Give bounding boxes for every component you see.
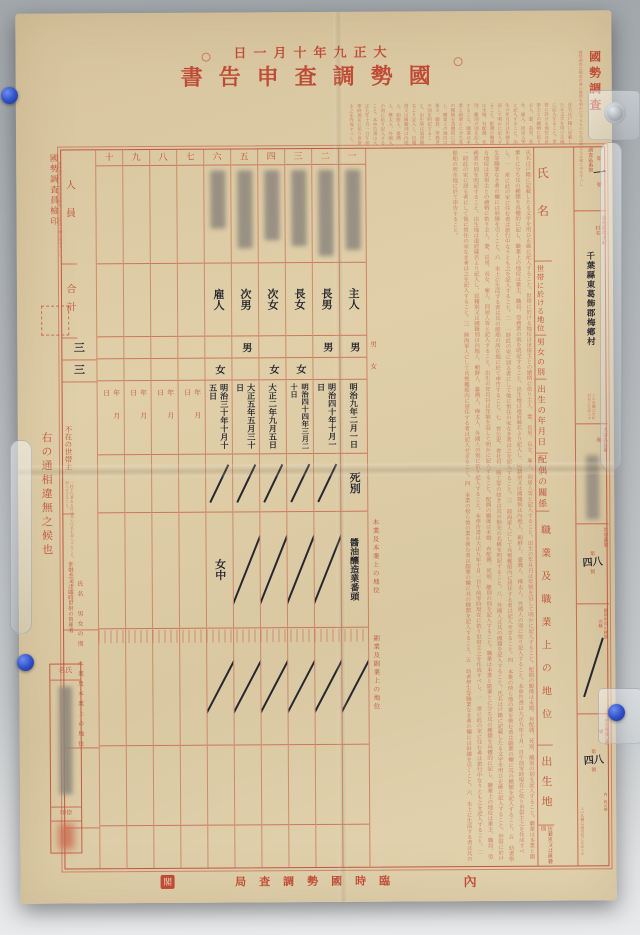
main-job-cell: [152, 513, 179, 629]
column-number: 六: [204, 150, 230, 166]
spouse-cell: [260, 454, 286, 512]
slash-mark: [260, 531, 287, 608]
redaction-blur: [210, 171, 225, 229]
sex-male-cell: [151, 337, 177, 359]
redaction-blur: [291, 170, 306, 246]
position-cell: [97, 264, 123, 338]
row-header-sex: 男女の別: [535, 336, 546, 380]
column-number: 四: [258, 149, 284, 165]
row-header-position: 世帯に於ける地位: [535, 262, 546, 336]
member-column-6: 六 雇人 女 明治三十年十月十五日 女中: [203, 150, 234, 868]
redaction-blur: [59, 686, 73, 794]
registry-cell: [235, 825, 261, 867]
seal-label: 捺印: [51, 807, 81, 821]
sex-female-cell: [151, 359, 177, 381]
slash-mark: [233, 531, 260, 608]
name-cell-redacted: [204, 165, 231, 263]
footer-seal-mark: 閣: [161, 875, 175, 889]
spouse-cell: [98, 455, 124, 513]
member-column-7: 七 年月日: [176, 150, 207, 868]
registry-cell: [154, 826, 180, 868]
side-job-cell: [207, 628, 234, 746]
acrylic-strip-left: [10, 440, 32, 634]
serial-sub-label: 内 枚の號: [604, 792, 609, 832]
main-job-cell: [287, 512, 314, 628]
householder-name-redacted: [50, 680, 81, 807]
inspector-seal-note: 國勢調査員は申告書を審査したる後此の欄に捺印すべし: [50, 162, 63, 292]
instruction-zone: 氏名は戸籍に記載したる文字を用ひ正確に記入すること。世帯に於ける地位は世帯主との…: [365, 148, 537, 867]
date-placeholder: 年月日: [128, 381, 148, 454]
position-cell: 長女: [286, 263, 312, 337]
temporary-household-label: 臨時世帯の種類名稱: [577, 606, 609, 640]
registry-cell: [181, 826, 207, 868]
column-number: 七: [177, 150, 203, 166]
member-column-3: 三 長女 女 明治四十四年三月二十日: [284, 149, 315, 867]
side-job-cell: [261, 628, 288, 746]
member-column-5: 五 次男 男 大正五年五月三十日: [230, 149, 261, 867]
totals-label-top: 人員: [61, 150, 77, 264]
birthplace-cell: [154, 746, 180, 826]
footer-ministry: 內: [463, 871, 476, 890]
photo-background: 大正九年十月一日 國勢調査申告書 國勢調査 國勢調査は國家社會の實情を明かにする…: [0, 0, 640, 935]
acrylic-strip-right: [600, 142, 622, 470]
slash-mark: [261, 644, 288, 728]
name-cell-redacted: [285, 165, 312, 263]
row-header-occupation: 職業及職業上の地位: [536, 512, 552, 746]
position-cell: 雇人: [205, 263, 231, 337]
blue-magnet-left: [17, 654, 34, 671]
sex-male-cell: [259, 337, 285, 359]
sub-label-main-job: 本業及本業上の地位: [370, 519, 380, 627]
blue-magnet-top-left: [1, 87, 18, 104]
sex-female-cell: 女: [286, 358, 312, 380]
date-placeholder: 年月日: [155, 381, 175, 454]
name-cell-empty: [177, 166, 204, 264]
sex-male-cell: [124, 337, 150, 359]
inspector-stamp-box: [41, 306, 69, 336]
side-job-cell: [234, 628, 261, 746]
sex-male-cell: [205, 337, 231, 359]
position-cell: [151, 264, 177, 338]
spouse-cell: [206, 455, 232, 513]
side-job-cell: [288, 628, 315, 746]
blue-magnet-right: [608, 704, 625, 721]
spouse-cell: [179, 455, 205, 513]
slash-mark: [234, 644, 261, 728]
slash-mark: [288, 644, 315, 728]
member-column-10: 十 年月日: [95, 150, 126, 868]
serial-number-handwritten: 四八: [583, 755, 604, 767]
redaction-blur: [264, 170, 279, 240]
ring-mark: [454, 57, 463, 66]
suffix-go: 號: [590, 568, 595, 575]
spouse-cell: [287, 454, 313, 512]
member-column-4: 四 次女 女 大正二年九月五日: [257, 149, 288, 867]
sub-label-side-job: 副業及副業上の地位: [371, 635, 381, 745]
main-job-cell: [260, 512, 287, 628]
sex-male-cell: [178, 337, 204, 359]
position-cell: 次女: [259, 263, 285, 337]
registry-cell: [127, 826, 153, 868]
column-number: 三: [285, 149, 311, 165]
row-header-registry: 民籍別又は國籍別: [538, 826, 553, 868]
position-cell: [124, 264, 150, 338]
birth-cell: 明治三十年十月十五日: [206, 381, 232, 455]
side-job-cell: [126, 629, 153, 747]
name-cell-redacted: [258, 165, 285, 263]
perforation-hatch: [98, 629, 368, 644]
main-job-cell: [125, 513, 152, 629]
birthplace-cell: [262, 746, 288, 826]
birthplace-cell: [208, 746, 234, 826]
row-header-birthplace: 出生地: [538, 746, 554, 826]
name-label: 氏名: [50, 664, 80, 680]
instruction-text: 氏名は戸籍に記載したる文字を用ひ正確に記入すること。世帯に於ける地位は世帯主との…: [380, 150, 536, 865]
header-instructions: 氏名は戸籍に記載したる文字を用ひ正確に記入すること。世帯に於ける地位は世帯主との…: [62, 102, 574, 147]
sex-female-cell: [124, 359, 150, 381]
column-number: 十: [96, 150, 122, 166]
registry-cell: [208, 826, 234, 868]
date-placeholder: 年月日: [101, 382, 121, 455]
main-job-cell: [233, 512, 260, 628]
sex-female-cell: [97, 360, 123, 382]
registry-cell: [100, 826, 126, 868]
column-number: 九: [123, 150, 149, 166]
side-job-cell: [99, 629, 126, 747]
red-seal-blur: [58, 823, 74, 849]
sex-female-cell: 女: [205, 359, 231, 381]
redaction-blur: [318, 170, 334, 256]
side-job-cell: [153, 629, 180, 747]
ring-mark: [202, 53, 211, 62]
spouse-cell: [152, 455, 178, 513]
main-job-cell: 女中: [206, 512, 233, 628]
birth-cell: 大正二年九月五日: [260, 381, 286, 455]
redaction-blur: [237, 170, 252, 248]
name-cell-redacted: [231, 165, 258, 263]
clip-screw: [604, 102, 626, 124]
birthplace-cell: [289, 745, 315, 825]
date-placeholder: 年月日: [182, 381, 202, 454]
registry-cell: [262, 825, 288, 867]
sex-male-cell: [286, 336, 312, 358]
position-cell: [178, 263, 204, 337]
name-cell-empty: [150, 166, 177, 264]
birthplace-cell: [181, 746, 207, 826]
birth-cell: 大正五年五月三十日: [233, 381, 259, 455]
sex-female-cell: 女: [259, 359, 285, 381]
municipality-handwritten: 千葉縣東葛飾郡梅鄕村: [585, 251, 598, 391]
household-number-label: 世帯番號: [576, 526, 608, 548]
total-female: 三: [62, 360, 96, 382]
form-title: 國勢調査申告書: [16, 58, 612, 93]
municipality-note: 上の各欄は市町村長之を記入す: [587, 393, 596, 421]
main-job-cell: [98, 513, 125, 629]
position-cell: 次男: [232, 263, 258, 337]
sex-male-cell: [97, 338, 123, 360]
suffix-go: 號: [591, 766, 596, 773]
name-cell-empty: [96, 166, 123, 264]
footer: 內 臨時國勢調査局 閣: [161, 871, 477, 891]
member-columns: 一 主人 男 明治九年二月一日 死別 醬油釀造業番頭 二 長男 男: [95, 149, 369, 869]
sex-male-cell: 男: [232, 337, 258, 359]
sex-female-cell: [178, 359, 204, 381]
serial-note: 上の各欄は調査員之を記入す: [580, 806, 585, 862]
column-number: 八: [150, 150, 176, 166]
household-number-box: 世帯番號 第 四八 號: [576, 524, 608, 604]
sex-female-cell: [232, 359, 258, 381]
row-header-birth: 出生の年月日: [536, 380, 548, 454]
birthplace-cell: [127, 746, 153, 826]
footer-agency: 臨時國勢調査局: [235, 872, 403, 889]
birth-cell: 明治四十四年三月二十日: [287, 380, 313, 454]
row-header-column: 氏名 世帯に於ける地位 男女の別 出生の年月日 配偶の關係 職業及職業上の地位 …: [533, 147, 577, 865]
redaction-blur: [345, 170, 360, 250]
spouse-cell: [125, 455, 151, 513]
householder-label: 世帯主又は臨時世帯の管理者: [47, 561, 74, 661]
column-number: 五: [231, 149, 257, 165]
census-form-paper: 大正九年十月一日 國勢調査申告書 國勢調査 國勢調査は國家社會の實情を明かにする…: [15, 10, 616, 904]
member-column-8: 八 年月日: [149, 150, 180, 868]
total-male: 三: [62, 338, 96, 360]
sub-label-male: 男: [370, 340, 379, 349]
birthplace-cell: [235, 746, 261, 826]
birthplace-cell: [100, 747, 126, 827]
householder-name-box: 氏名 捺印: [49, 663, 82, 853]
household-number-handwritten: 四八: [582, 557, 603, 569]
side-job-cell: [180, 628, 207, 746]
spouse-cell: [233, 454, 259, 512]
member-column-9: 九 年月日: [122, 150, 153, 868]
slash-mark: [207, 645, 234, 729]
sub-label-female: 女: [370, 362, 379, 371]
row-header-name: 氏名: [534, 148, 552, 262]
registry-cell: [289, 825, 315, 867]
slash-mark: [287, 531, 314, 608]
main-job-cell: [179, 513, 206, 629]
name-cell-empty: [123, 166, 150, 264]
